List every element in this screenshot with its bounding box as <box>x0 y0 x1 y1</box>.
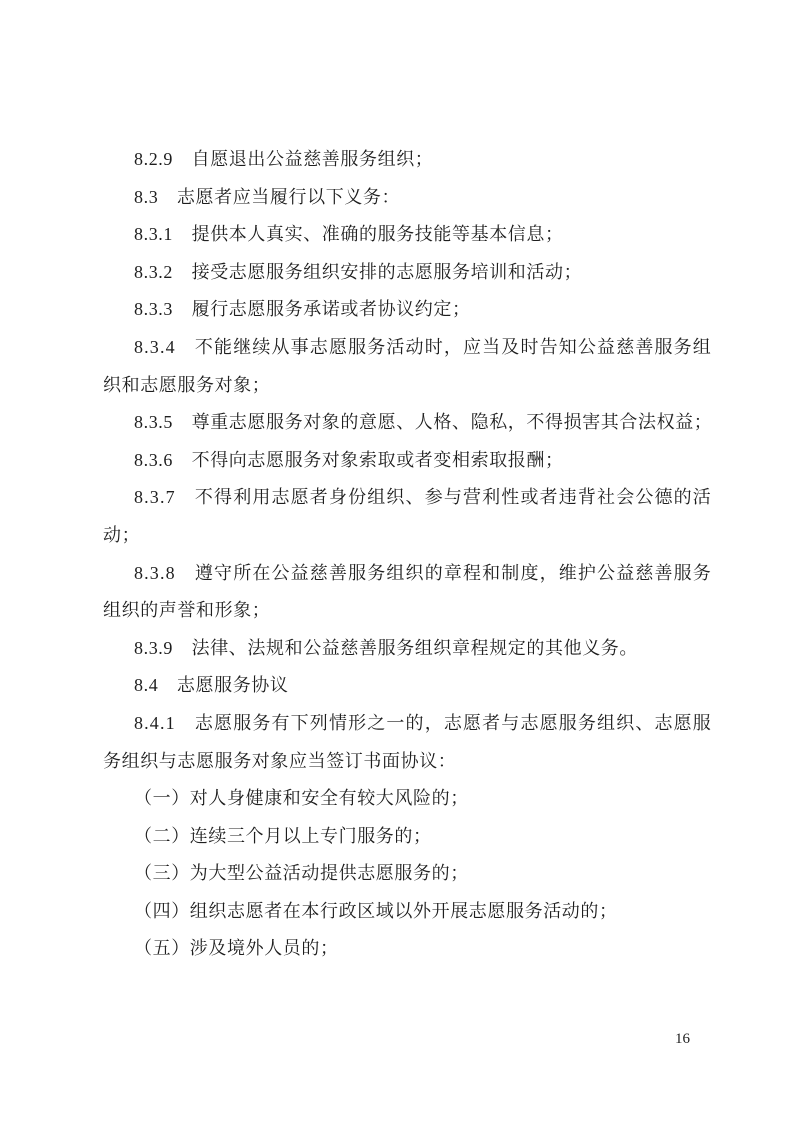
text-line: 8.2.9 自愿退出公益慈善服务组织； <box>103 141 690 179</box>
text-line: 动； <box>103 517 690 555</box>
text-line: 务组织与志愿服务对象应当签订书面协议： <box>103 743 690 781</box>
text-line: 8.3.7 不得利用志愿者身份组织、参与营利性或者违背社会公德的活 <box>103 479 690 517</box>
document-body: 8.2.9 自愿退出公益慈善服务组织；8.3 志愿者应当履行以下义务：8.3.1… <box>103 141 690 968</box>
text-line: 8.3.2 接受志愿服务组织安排的志愿服务培训和活动； <box>103 254 690 292</box>
text-line: 8.3.1 提供本人真实、准确的服务技能等基本信息； <box>103 216 690 254</box>
text-line: 8.4.1 志愿服务有下列情形之一的，志愿者与志愿服务组织、志愿服 <box>103 705 690 743</box>
text-line: 组织的声誉和形象； <box>103 592 690 630</box>
text-line: （五）涉及境外人员的； <box>103 930 690 968</box>
text-line: 8.3.4 不能继续从事志愿服务活动时，应当及时告知公益慈善服务组 <box>103 329 690 367</box>
text-line: （二）连续三个月以上专门服务的； <box>103 818 690 856</box>
text-line: 8.3.3 履行志愿服务承诺或者协议约定； <box>103 291 690 329</box>
text-line: （一）对人身健康和安全有较大风险的； <box>103 780 690 818</box>
text-line: 8.3.5 尊重志愿服务对象的意愿、人格、隐私，不得损害其合法权益； <box>103 404 690 442</box>
text-line: （四）组织志愿者在本行政区域以外开展志愿服务活动的； <box>103 893 690 931</box>
page-number: 16 <box>675 1031 690 1048</box>
text-line: 织和志愿服务对象； <box>103 367 690 405</box>
text-line: （三）为大型公益活动提供志愿服务的； <box>103 855 690 893</box>
text-line: 8.3.8 遵守所在公益慈善服务组织的章程和制度，维护公益慈善服务 <box>103 555 690 593</box>
text-line: 8.3 志愿者应当履行以下义务： <box>103 179 690 217</box>
text-line: 8.4 志愿服务协议 <box>103 667 690 705</box>
text-line: 8.3.9 法律、法规和公益慈善服务组织章程规定的其他义务。 <box>103 630 690 668</box>
text-line: 8.3.6 不得向志愿服务对象索取或者变相索取报酬； <box>103 442 690 480</box>
document-page: 8.2.9 自愿退出公益慈善服务组织；8.3 志愿者应当履行以下义务：8.3.1… <box>0 0 793 1122</box>
